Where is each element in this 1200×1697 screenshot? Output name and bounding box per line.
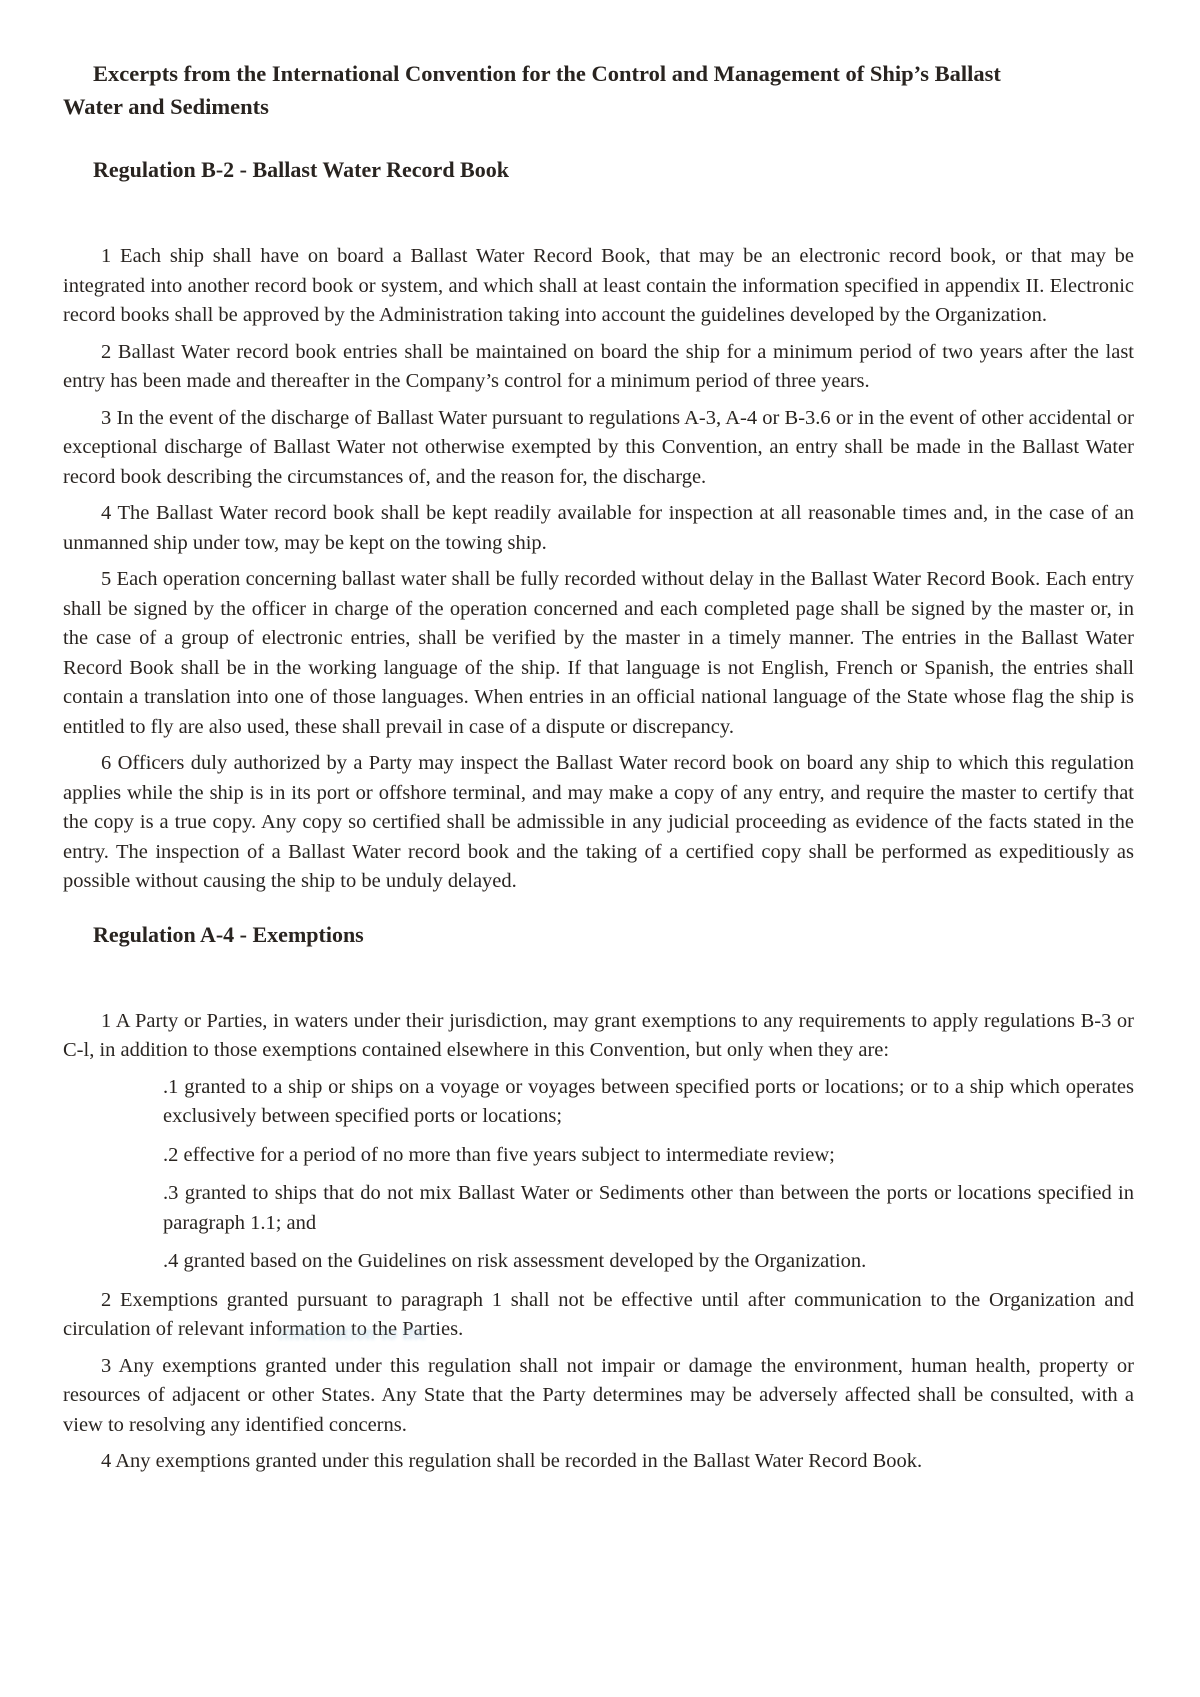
document-title: Excerpts from the International Conventi…: [63, 57, 1055, 123]
paragraph-b2-4: 4 The Ballast Water record book shall be…: [63, 499, 1134, 558]
list-item-3: .3 granted to ships that do not mix Ball…: [163, 1179, 1134, 1238]
list-item-1: .1 granted to a ship or ships on a voyag…: [163, 1073, 1134, 1132]
list-item-2: .2 effective for a period of no more tha…: [163, 1141, 1134, 1171]
paragraph-a4-2-after: Parties.: [397, 1318, 463, 1340]
section-heading-a4: Regulation A-4 - Exemptions: [63, 920, 1134, 950]
document-page: Excerpts from the International Conventi…: [0, 0, 1200, 1697]
paragraph-b2-3: 3 In the event of the discharge of Balla…: [63, 404, 1134, 493]
paragraph-a4-1: 1 A Party or Parties, in waters under th…: [63, 1007, 1134, 1066]
paragraph-a4-2-watermarked-text: information to the: [249, 1318, 397, 1340]
paragraph-b2-6: 6 Officers duly authorized by a Party ma…: [63, 749, 1134, 897]
list-item-4: .4 granted based on the Guidelines on ri…: [163, 1247, 1134, 1277]
paragraph-b2-2: 2 Ballast Water record book entries shal…: [63, 338, 1134, 397]
paragraph-a4-2-before: 2 Exemptions granted pursuant to paragra…: [63, 1289, 1134, 1341]
section-heading-b2: Regulation B-2 - Ballast Water Record Bo…: [63, 155, 1134, 185]
paragraph-b2-5: 5 Each operation concerning ballast wate…: [63, 565, 1134, 742]
section-regulation-a4: Regulation A-4 - Exemptions 1 A Party or…: [63, 920, 1134, 1477]
paragraph-b2-1: 1 Each ship shall have on board a Ballas…: [63, 242, 1134, 331]
paragraph-a4-2: 2 Exemptions granted pursuant to paragra…: [63, 1286, 1134, 1345]
paragraph-a4-3: 3 Any exemptions granted under this regu…: [63, 1352, 1134, 1441]
section-regulation-b2: Regulation B-2 - Ballast Water Record Bo…: [63, 155, 1134, 897]
paragraph-a4-4: 4 Any exemptions granted under this regu…: [63, 1447, 1134, 1477]
watermark: information to the: [249, 1318, 397, 1340]
exemption-conditions-list: .1 granted to a ship or ships on a voyag…: [63, 1073, 1134, 1277]
